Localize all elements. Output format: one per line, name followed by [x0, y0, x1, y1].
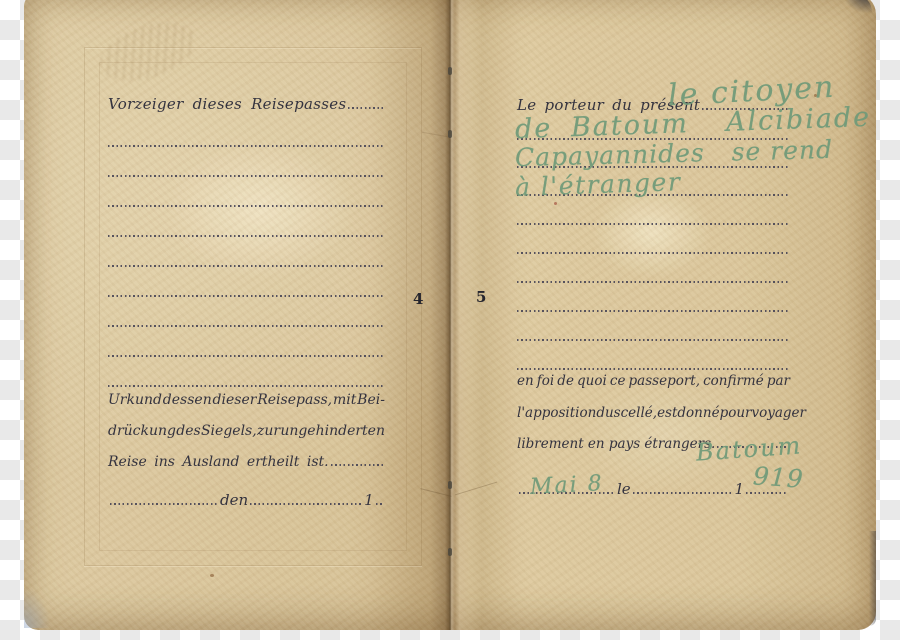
page-number-left: 4	[413, 290, 423, 308]
binding-stitch	[448, 67, 452, 75]
left-page-issue-date-line: den 1	[108, 491, 385, 509]
dotted-rule	[517, 223, 790, 225]
right-page-blank-ruled-lines	[517, 223, 790, 397]
left-page-paragraph: UrkunddessendieserReisepass,mitBei- drüc…	[108, 392, 385, 485]
binding-fold-line	[445, 0, 455, 630]
dotted-rule	[108, 265, 385, 267]
left-page-heading: Vorzeiger dieses Reisepasses	[108, 95, 346, 113]
dotted-rule	[517, 310, 790, 312]
handwriting-day-mai-8: Mai 8	[529, 471, 604, 500]
den-label: den	[220, 491, 248, 509]
dotted-rule	[108, 175, 385, 177]
year-prefix-printed: 1	[364, 491, 374, 509]
dotted-rule	[108, 355, 385, 357]
handwriting-a-l-etranger: à l'étranger	[515, 167, 682, 202]
dotted-rule	[517, 339, 790, 341]
right-paragraph-line-2: l'appositionduscellé,estdonnépourvoyager	[517, 405, 790, 437]
dotted-rule	[110, 503, 218, 505]
dotted-rule	[376, 503, 383, 505]
top-right-corner-shadow	[840, 0, 872, 16]
dotted-rule	[108, 325, 385, 327]
dotted-rule	[517, 368, 790, 370]
dotted-rule	[517, 252, 790, 254]
left-paragraph-line-3: Reise ins Ausland ertheilt ist.	[108, 454, 385, 485]
le-label: le	[617, 480, 631, 498]
transparency-checkerboard-background: Vorzeiger dieses Reisepasses Urkunddesse…	[0, 0, 900, 640]
handwriting-year-919: 919	[752, 461, 805, 493]
dotted-rule	[250, 503, 362, 505]
left-paragraph-line-1: UrkunddessendieserReisepass,mitBei-	[108, 392, 385, 423]
binding-stitch	[448, 548, 452, 556]
dotted-rule	[331, 464, 383, 466]
dotted-rule	[348, 107, 383, 109]
left-page-heading-row: Vorzeiger dieses Reisepasses	[108, 95, 385, 113]
dotted-rule	[517, 281, 790, 283]
page-number-right: 5	[476, 288, 486, 306]
dotted-rule	[108, 295, 385, 297]
dotted-rule	[108, 235, 385, 237]
paper-speck	[210, 574, 214, 577]
right-paragraph-line-1: enfoidequoicepasseport,confirmépar	[517, 373, 790, 405]
right-edge-shadow	[869, 531, 876, 626]
left-page-blank-ruled-lines	[108, 145, 385, 387]
dotted-rule	[108, 145, 385, 147]
dotted-rule	[633, 492, 733, 494]
bottom-left-shadow	[24, 588, 50, 628]
binding-stitch	[448, 481, 452, 489]
passport-open-spread: Vorzeiger dieses Reisepasses Urkunddesse…	[24, 0, 876, 630]
left-paragraph-line-2: drückungdesSiegels,zurungehinderten	[108, 423, 385, 454]
dotted-rule	[108, 385, 385, 387]
dotted-rule	[108, 205, 385, 207]
year-prefix-printed: 1	[734, 480, 744, 498]
binding-stitch	[448, 130, 452, 138]
